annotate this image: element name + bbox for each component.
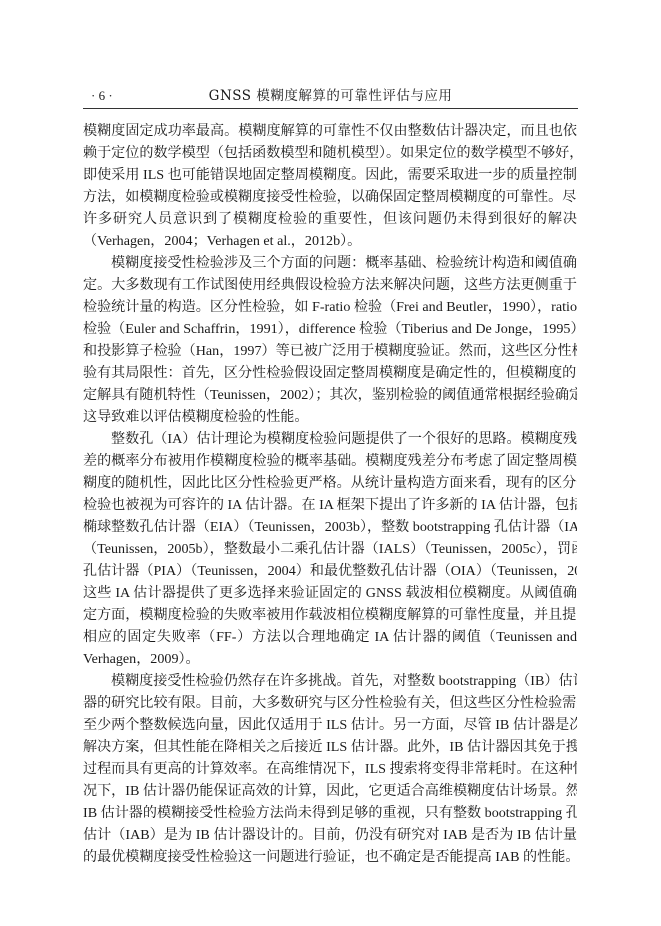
- page-header: · 6 · GNSS 模糊度解算的可靠性评估与应用: [83, 86, 578, 106]
- running-title: GNSS 模糊度解算的可靠性评估与应用: [83, 86, 578, 106]
- text-line: 的最优模糊度接受性检验这一问题进行验证，也不确定是否能提高 IAB 的性能。: [83, 846, 577, 868]
- text-line: 况下，IB 估计器仍能保证高效的计算，因此，它更适合高维模糊度估计场景。然而，: [83, 780, 577, 802]
- text-line: IB 估计器的模糊接受性检验方法尚未得到足够的重视，只有整数 bootstrap…: [83, 802, 577, 824]
- text-line: 检验也被视为可容许的 IA 估计器。在 IA 框架下提出了许多新的 IA 估计器…: [83, 494, 577, 516]
- text-line: 器的研究比较有限。目前，大多数研究与区分性检验有关，但这些区分性检验需要: [83, 692, 577, 714]
- text-line: 这导致难以评估模糊度检验的性能。: [83, 406, 577, 428]
- text-line: 模糊度接受性检验仍然存在许多挑战。首先，对整数 bootstrapping（IB…: [83, 670, 577, 692]
- text-line: 过程而具有更高的计算效率。在高维情况下，ILS 搜索将变得非常耗时。在这种情: [83, 758, 577, 780]
- paragraph: 模糊度固定成功率最高。模糊度解算的可靠性不仅由整数估计器决定，而且也依 赖于定位…: [83, 120, 577, 252]
- text-line: （Verhagen，2004；Verhagen et al.，2012b）。: [83, 230, 577, 252]
- text-line: Verhagen，2009）。: [83, 648, 577, 670]
- text-line: 方法，如模糊度检验或模糊度接受性检验，以确保固定整周模糊度的可靠性。尽管: [83, 186, 577, 208]
- text-line: 定方面，模糊度检验的失败率被用作载波相位模糊度解算的可靠性度量，并且提出: [83, 604, 577, 626]
- text-line: 和投影算子检验（Han，1997）等已被广泛用于模糊度验证。然而，这些区分性检: [83, 340, 577, 362]
- text-line: 定解具有随机特性（Teunissen，2002）；其次，鉴别检验的阈值通常根据经…: [83, 384, 577, 406]
- text-line: 模糊度接受性检验涉及三个方面的问题：概率基础、检验统计构造和阈值确: [83, 252, 577, 274]
- text-line: 这些 IA 估计器提供了更多选择来验证固定的 GNSS 载波相位模糊度。从阈值确: [83, 582, 577, 604]
- paragraph: 整数孔（IA）估计理论为模糊度检验问题提供了一个很好的思路。模糊度残 差的概率分…: [83, 428, 577, 670]
- text-line: 估计（IAB）是为 IB 估计器设计的。目前，仍没有研究对 IAB 是否为 IB…: [83, 824, 577, 846]
- text-line: 整数孔（IA）估计理论为模糊度检验问题提供了一个很好的思路。模糊度残: [83, 428, 577, 450]
- text-line: （Teunissen，2005b），整数最小二乘孔估计器（IALS）（Teuni…: [83, 538, 577, 560]
- header-rule: [83, 108, 578, 109]
- text-line: 赖于定位的数学模型（包括函数模型和随机模型）。如果定位的数学模型不够好，: [83, 142, 577, 164]
- text-line: 模糊度固定成功率最高。模糊度解算的可靠性不仅由整数估计器决定，而且也依: [83, 120, 577, 142]
- text-line: 检验统计量的构造。区分性检验，如 F-ratio 检验（Frei and Beu…: [83, 296, 577, 318]
- body-text: 模糊度固定成功率最高。模糊度解算的可靠性不仅由整数估计器决定，而且也依 赖于定位…: [83, 120, 577, 868]
- text-line: 许多研究人员意识到了模糊度检验的重要性，但该问题仍未得到很好的解决: [83, 208, 577, 230]
- text-line: 解决方案，但其性能在降相关之后接近 ILS 估计器。此外，IB 估计器因其免于搜…: [83, 736, 577, 758]
- paragraph: 模糊度接受性检验涉及三个方面的问题：概率基础、检验统计构造和阈值确 定。大多数现…: [83, 252, 577, 428]
- text-line: 糊度的随机性，因此比区分性检验更严格。从统计量构造方面来看，现有的区分性: [83, 472, 577, 494]
- text-line: 验有其局限性：首先，区分性检验假设固定整周模糊度是确定性的，但模糊度的固: [83, 362, 577, 384]
- text-line: 差的概率分布被用作模糊度检验的概率基础。模糊度残差分布考虑了固定整周模: [83, 450, 577, 472]
- text-line: 即使采用 ILS 也可能错误地固定整周模糊度。因此，需要采取进一步的质量控制: [83, 164, 577, 186]
- text-line: 检验（Euler and Schaffrin，1991），difference …: [83, 318, 577, 340]
- text-line: 相应的固定失败率（FF-）方法以合理地确定 IA 估计器的阈值（Teunisse…: [83, 626, 577, 648]
- paragraph: 模糊度接受性检验仍然存在许多挑战。首先，对整数 bootstrapping（IB…: [83, 670, 577, 868]
- text-line: 孔估计器（PIA）（Teunissen，2004）和最优整数孔估计器（OIA）（…: [83, 560, 577, 582]
- text-line: 至少两个整数候选向量，因此仅适用于 ILS 估计。另一方面，尽管 IB 估计器是…: [83, 714, 577, 736]
- text-line: 椭球整数孔估计器（EIA）（Teunissen，2003b），整数 bootst…: [83, 516, 577, 538]
- text-line: 定。大多数现有工作试图使用经典假设检验方法来解决问题，这些方法更侧重于: [83, 274, 577, 296]
